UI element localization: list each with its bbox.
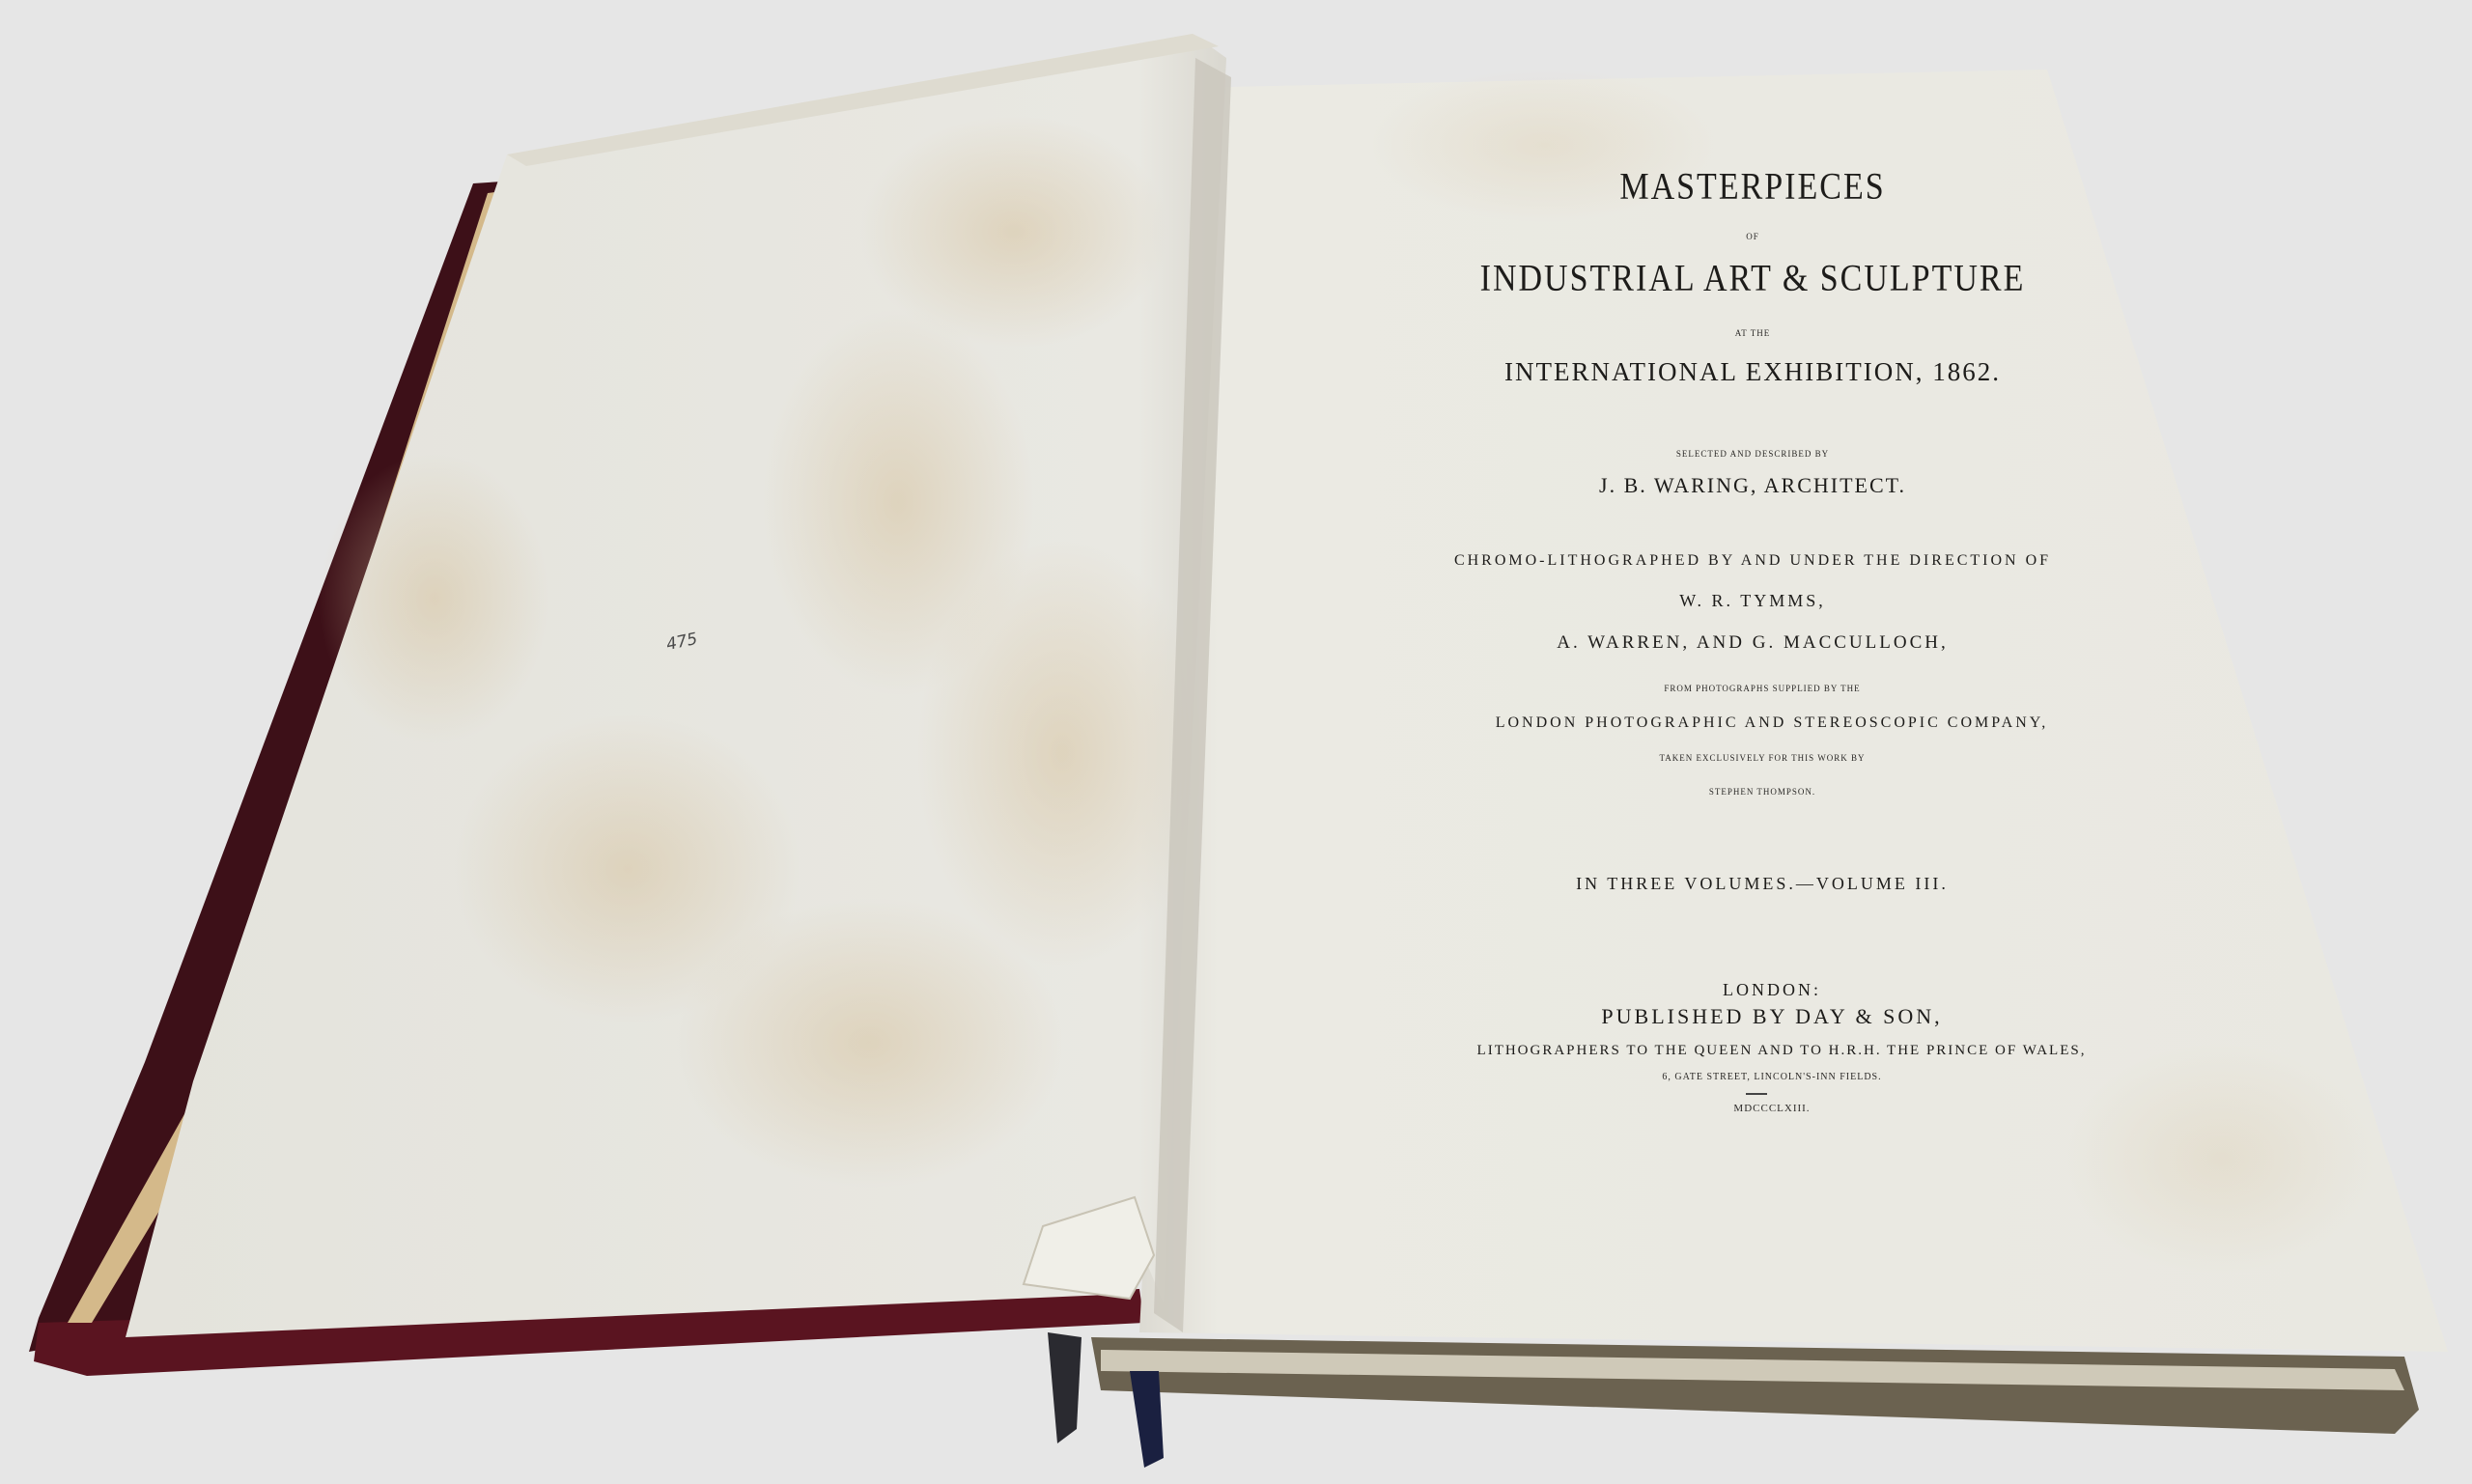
of-label: OF bbox=[1067, 232, 2438, 241]
address-line: 6, GATE STREET, LINCOLN'S-INN FIELDS. bbox=[1106, 1072, 2438, 1082]
divider-rule bbox=[1746, 1093, 1767, 1095]
lithographer-1: W. R. TYMMS, bbox=[1067, 591, 2438, 611]
book-title: MASTERPIECES bbox=[1067, 166, 2438, 209]
photos-from-label: FROM PHOTOGRAPHS SUPPLIED BY THE bbox=[1086, 684, 2438, 693]
ribbon-bookmark bbox=[1130, 1371, 1164, 1468]
book-photo: 475 MASTERPIECES OF INDUSTRIAL ART & SCU… bbox=[0, 0, 2472, 1484]
title-page-text: MASTERPIECES OF INDUSTRIAL ART & SCULPTU… bbox=[1183, 58, 2438, 1352]
taken-by-label: TAKEN EXCLUSIVELY FOR THIS WORK BY bbox=[1086, 753, 2438, 763]
event-line: INTERNATIONAL EXHIBITION, 1862. bbox=[1067, 357, 2438, 387]
book-subtitle: INDUSTRIAL ART & SCULPTURE bbox=[1067, 258, 2438, 300]
at-the-label: AT THE bbox=[1067, 328, 2438, 338]
lithographer-2: A. WARREN, AND G. MACCULLOCH, bbox=[1067, 632, 2438, 654]
chromo-line: CHROMO-LITHOGRAPHED BY AND UNDER THE DIR… bbox=[1067, 552, 2438, 570]
author-line: J. B. WARING, ARCHITECT. bbox=[1067, 473, 2438, 498]
city-line: LONDON: bbox=[1106, 980, 2438, 1000]
selected-by-label: SELECTED AND DESCRIBED BY bbox=[1067, 449, 2438, 459]
publisher-line: PUBLISHED BY DAY & SON, bbox=[1106, 1004, 2438, 1029]
photographer-line: STEPHEN THOMPSON. bbox=[1086, 787, 2438, 797]
year-line: MDCCCLXIII. bbox=[1106, 1103, 2438, 1114]
publisher-desc-line: LITHOGRAPHERS TO THE QUEEN AND TO H.R.H.… bbox=[1125, 1043, 2438, 1059]
ribbon-bookmark bbox=[1048, 1332, 1081, 1443]
photo-company-line: LONDON PHOTOGRAPHIC AND STEREOSCOPIC COM… bbox=[1106, 714, 2438, 732]
volumes-line: IN THREE VOLUMES.—VOLUME III. bbox=[1086, 874, 2438, 894]
